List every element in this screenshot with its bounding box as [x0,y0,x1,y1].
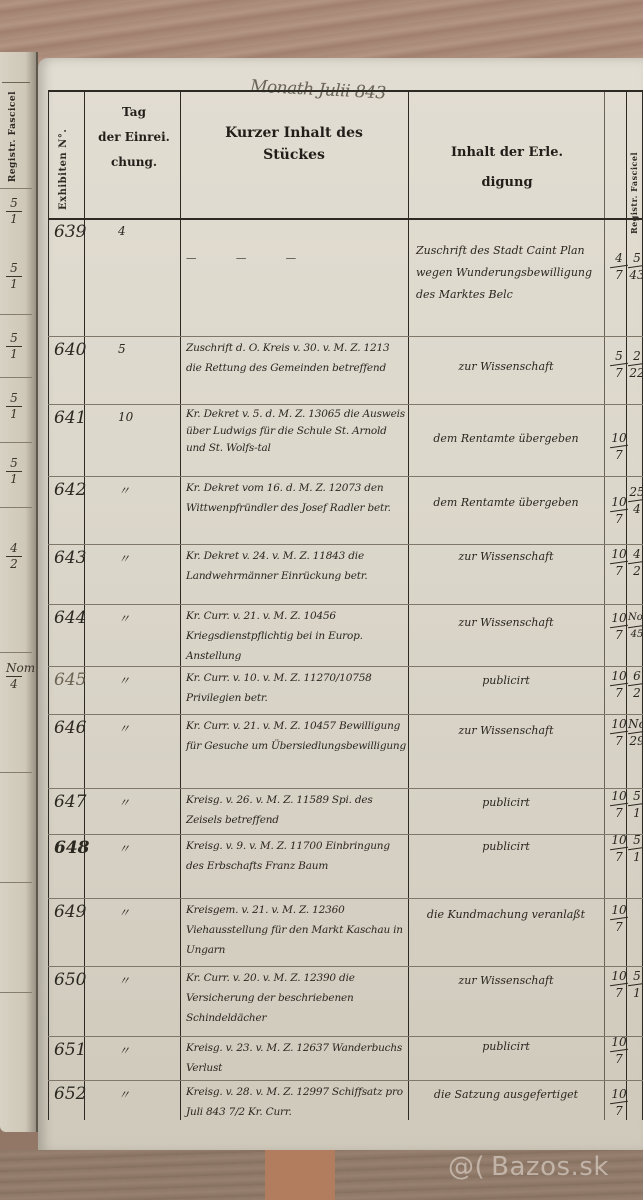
left-registr-label: Registr. Fascicel [8,91,18,182]
exhibit-number: 639 [54,222,86,242]
exhibit-number: 641 [54,408,86,428]
day-entry: 〃 [118,794,130,811]
resolution-text: zur Wissenschaft [416,720,596,742]
content-summary: Kr. Curr. v. 20. v. M. Z. 12390 die Vers… [186,968,408,1028]
day-entry: 〃 [118,972,130,989]
date-fraction: 107 [610,970,628,999]
resolution-text: zur Wissenschaft [416,546,596,568]
registr-fraction: 51 [628,834,643,863]
content-summary: Kr. Curr. v. 21. v. M. Z. 10457 Bewillig… [186,716,408,756]
watermark-logo-icon: @( [448,1152,485,1182]
content-summary: Kr. Dekret v. 5. d. M. Z. 13065 die Ausw… [186,406,408,457]
exhibit-number: 645 [54,670,86,690]
registr-fraction: 254 [628,486,643,515]
day-entry: 4 [118,224,126,238]
day-entry: 〃 [118,672,130,689]
table-row: 646 〃 Kr. Curr. v. 21. v. M. Z. 10457 Be… [48,714,643,788]
table-row: 649 〃 Kreisgem. v. 21. v. M. Z. 12360 Vi… [48,898,643,966]
table-row: 651 〃 Kreisg. v. 23. v. M. Z. 12637 Wand… [48,1036,643,1080]
exhibit-number: 652 [54,1084,86,1104]
left-page-edge: Registr. Fascicel 51 51 51 51 51 42 Nom4 [0,52,38,1132]
registr-fraction: 62 [628,670,643,699]
content-summary: Zuschrift d. O. Kreis v. 30. v. M. Z. 12… [186,338,408,378]
table-row: 643 〃 Kr. Dekret v. 24. v. M. Z. 11843 d… [48,544,643,604]
table-row: 648 〃 Kreisg. v. 9. v. M. Z. 11700 Einbr… [48,834,643,898]
day-entry: 〃 [118,550,130,567]
resolution-text: publicirt [416,670,596,692]
content-summary: Kr. Dekret v. 24. v. M. Z. 11843 die Lan… [186,546,408,586]
left-fraction: 51 [6,262,22,291]
day-entry: 〃 [118,1086,130,1103]
date-fraction: 107 [610,432,628,461]
content-summary: Kr. Curr. v. 10. v. M. Z. 11270/10758 Pr… [186,668,408,708]
resolution-text: dem Rentamte übergeben [416,428,596,450]
table-row: 652 〃 Kreisg. v. 28. v. M. Z. 12997 Schi… [48,1080,643,1140]
day-entry: 〃 [118,904,130,921]
resolution-text: die Kundmachung veranlaßt [416,904,596,926]
registr-fraction: 543 [628,252,643,281]
bazos-watermark: @(Bazos.sk [448,1152,609,1182]
exhibit-number: 649 [54,902,86,922]
content-summary: — — — [186,248,408,268]
day-entry: 〃 [118,720,130,737]
table-row: 645 〃 Kr. Curr. v. 10. v. M. Z. 11270/10… [48,666,643,714]
exhibit-number: 640 [54,340,86,360]
date-fraction: 107 [610,548,628,577]
left-fraction: 51 [6,457,22,486]
date-fraction: 57 [610,350,628,379]
exhibit-number: 647 [54,792,86,812]
resolution-text: zur Wissenschaft [416,970,596,992]
exhibit-number: 644 [54,608,86,628]
content-summary: Kreisg. v. 26. v. M. Z. 11589 Spi. des Z… [186,790,408,830]
header-exhibiten-nr: Exhibiten N°. [58,120,69,210]
exhibit-number: 648 [54,838,90,858]
table-row: 647 〃 Kreisg. v. 26. v. M. Z. 11589 Spi.… [48,788,643,834]
date-fraction: 107 [610,1036,628,1065]
resolution-text: dem Rentamte übergeben [416,492,596,514]
day-entry: 10 [118,410,133,424]
exhibit-number: 643 [54,548,86,568]
left-page-header: Registr. Fascicel [2,82,30,189]
date-fraction: 107 [610,1088,628,1117]
table-row: 644 〃 Kr. Curr. v. 21. v. M. Z. 10456 Kr… [48,604,643,666]
content-summary: Kreisg. v. 28. v. M. Z. 12997 Schiffsatz… [186,1082,408,1122]
content-summary: Kreisg. v. 23. v. M. Z. 12637 Wanderbuch… [186,1038,408,1078]
resolution-text: zur Wissenschaft [416,612,596,634]
exhibit-number: 650 [54,970,86,990]
table-row: 641 10 Kr. Dekret v. 5. d. M. Z. 13065 d… [48,404,643,476]
resolution-text: publicirt [416,836,596,858]
table-row: 640 5 Zuschrift d. O. Kreis v. 30. v. M.… [48,336,643,404]
date-fraction: 47 [610,252,628,281]
table-row: 639 4 — — — Zuschrift des Stadt Caint Pl… [48,218,643,336]
left-fraction: 51 [6,197,22,226]
resolution-text: publicirt [416,792,596,814]
left-fraction: 51 [6,392,22,421]
date-fraction: 107 [610,834,628,863]
registr-fraction: 51 [628,970,643,999]
left-fraction: 51 [6,332,22,361]
ledger-table: Exhibiten N°. Tag der Einrei. chung. Kur… [48,90,643,1120]
resolution-text: Zuschrift des Stadt Caint Plan wegen Wun… [416,240,596,306]
table-row: 650 〃 Kr. Curr. v. 20. v. M. Z. 12390 di… [48,966,643,1036]
date-fraction: 107 [610,718,628,747]
left-fraction: Nom4 [6,662,22,691]
exhibit-number: 646 [54,718,86,738]
registr-fraction: 222 [628,350,643,379]
content-summary: Kr. Dekret vom 16. d. M. Z. 12073 den Wi… [186,478,408,518]
date-fraction: 107 [610,496,628,525]
table-row: 642 〃 Kr. Dekret vom 16. d. M. Z. 12073 … [48,476,643,544]
header-inhalt-erledigung: Inhalt der Erle. digung [408,138,606,198]
ledger-page: Monath Julii 843 Exhibiten N°. Tag der E… [38,58,643,1153]
watermark-text: Bazos.sk [491,1152,609,1182]
content-summary: Kreisgem. v. 21. v. M. Z. 12360 Viehauss… [186,900,408,960]
header-kurzer-inhalt: Kurzer Inhalt des Stückes [180,122,408,166]
wooden-strip [265,1150,335,1200]
day-entry: 〃 [118,610,130,627]
content-summary: Kreisg. v. 9. v. M. Z. 11700 Einbringung… [186,836,408,876]
registr-fraction: No29 [628,718,643,747]
day-entry: 〃 [118,840,130,857]
day-entry: 5 [118,342,126,356]
registr-fraction: Nom45 [628,612,643,641]
left-fraction: 42 [6,542,22,571]
exhibit-number: 642 [54,480,86,500]
registr-fraction: 51 [628,790,643,819]
date-fraction: 107 [610,790,628,819]
header-tag-der-einreichung: Tag der Einrei. chung. [88,100,180,175]
day-entry: 〃 [118,482,130,499]
date-fraction: 107 [610,904,628,933]
day-entry: 〃 [118,1042,130,1059]
content-summary: Kr. Curr. v. 21. v. M. Z. 10456 Kriegsdi… [186,606,408,666]
resolution-text: zur Wissenschaft [416,356,596,378]
resolution-text: die Satzung ausgefertiget [416,1084,596,1106]
date-fraction: 107 [610,612,628,641]
registr-fraction: 42 [628,548,643,577]
resolution-text: publicirt [416,1036,596,1058]
date-fraction: 107 [610,670,628,699]
exhibit-number: 651 [54,1040,86,1060]
